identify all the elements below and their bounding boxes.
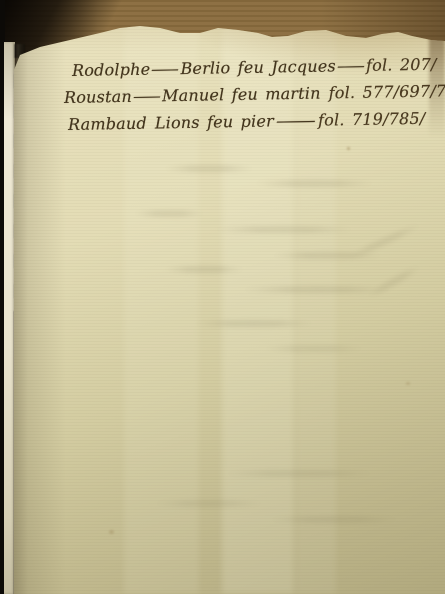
entry-surname: Rodolphe: [72, 60, 151, 80]
bleed-through-mark: [214, 226, 354, 233]
bleed-through-mark: [264, 345, 364, 352]
bleed-through-mark: [164, 266, 244, 273]
foxing-spot: [406, 382, 410, 385]
dash-stroke: —: [132, 86, 161, 106]
manuscript-page: Rodolphe—Berlio feu Jacques—fol. 207/ Ro…: [14, 0, 445, 594]
bleed-through-mark: [164, 165, 254, 172]
foxing-spot: [109, 530, 114, 534]
dash-stroke: —: [151, 59, 180, 79]
dash-stroke: —: [336, 56, 365, 76]
bleed-through-mark: [242, 286, 392, 293]
entry-given-name: Manuel feu martin: [162, 84, 321, 106]
entry-given-name: Lions feu pier: [155, 111, 274, 132]
manuscript-photo: Rodolphe—Berlio feu Jacques—fol. 207/ Ro…: [0, 0, 445, 594]
bleed-through-mark: [254, 180, 374, 187]
entry-given-name: Berlio feu Jacques: [180, 56, 336, 78]
bleed-through-mark: [134, 210, 204, 217]
bleed-through-mark: [272, 252, 382, 259]
dash-stroke: —: [275, 111, 317, 131]
foxing-spot: [347, 147, 350, 150]
folio-reference: fol. 207/: [366, 55, 437, 75]
entry-surname: Rambaud: [68, 114, 147, 134]
entry-surname: Roustan: [64, 87, 132, 107]
bleed-through-mark: [154, 500, 264, 507]
bleed-through-mark: [269, 516, 399, 523]
bleed-through-mark: [194, 320, 314, 327]
folio-reference: fol. 719/785/: [318, 109, 426, 130]
folio-reference: fol. 577/697/751/: [328, 81, 445, 103]
bleed-through-mark: [224, 470, 374, 477]
